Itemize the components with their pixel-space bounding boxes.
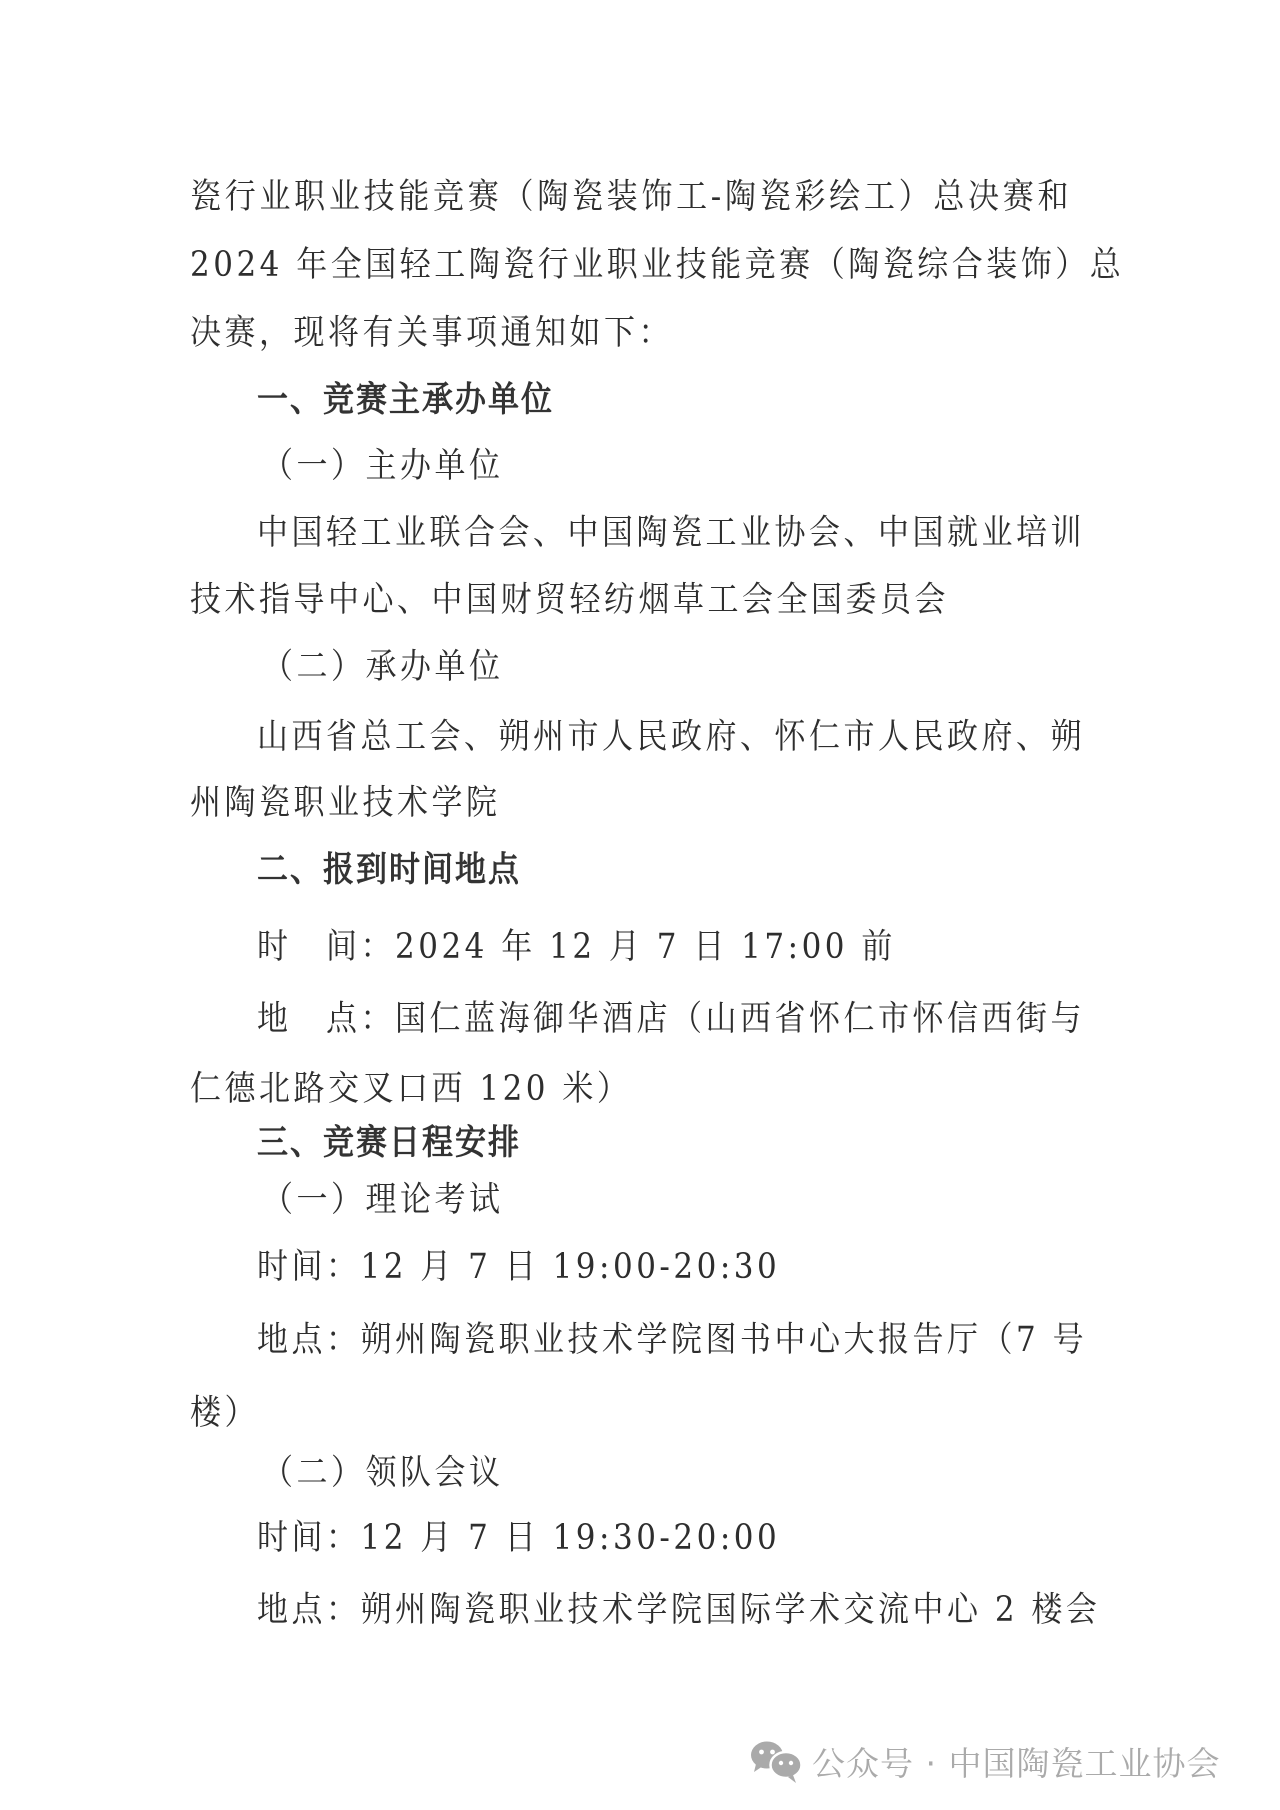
wechat-icon bbox=[748, 1738, 804, 1784]
theory-exam-time: 时间：12 月 7 日 19:00-20:30 bbox=[257, 1242, 780, 1291]
organizers-line-1: 山西省总工会、朔州市人民政府、怀仁市人民政府、朔 bbox=[257, 712, 1072, 761]
subheading-leader-meeting: （二）领队会议 bbox=[262, 1448, 504, 1497]
registration-time: 时 间：2024 年 12 月 7 日 17:00 前 bbox=[257, 922, 896, 971]
subheading-theory-exam: （一）理论考试 bbox=[262, 1175, 504, 1224]
subheading-organizers: （二）承办单位 bbox=[262, 642, 504, 691]
registration-place-line-1: 地 点：国仁蓝海御华酒店（山西省怀仁市怀信西街与 bbox=[257, 994, 1072, 1043]
section-heading-registration: 二、报到时间地点 bbox=[257, 845, 521, 894]
theory-exam-place-line-1: 地点：朔州陶瓷职业技术学院图书中心大报告厅（7 号 bbox=[257, 1315, 1072, 1364]
subheading-hosts: （一）主办单位 bbox=[262, 441, 504, 490]
leader-meeting-place: 地点：朔州陶瓷职业技术学院国际学术交流中心 2 楼会 bbox=[257, 1585, 1072, 1634]
intro-line-1: 瓷行业职业技能竞赛（陶瓷装饰工-陶瓷彩绘工）总决赛和 bbox=[190, 172, 1072, 221]
section-heading-schedule: 三、竞赛日程安排 bbox=[257, 1118, 521, 1167]
watermark-text: 公众号 · 中国陶瓷工业协会 bbox=[812, 1738, 1220, 1785]
theory-exam-place-line-2: 楼） bbox=[190, 1388, 259, 1437]
section-heading-organizers: 一、竞赛主承办单位 bbox=[257, 375, 554, 424]
hosts-line-1: 中国轻工业联合会、中国陶瓷工业协会、中国就业培训 bbox=[257, 508, 1072, 557]
leader-meeting-time: 时间：12 月 7 日 19:30-20:00 bbox=[257, 1513, 780, 1562]
organizers-line-2: 州陶瓷职业技术学院 bbox=[190, 778, 501, 827]
document-page: 瓷行业职业技能竞赛（陶瓷装饰工-陶瓷彩绘工）总决赛和 2024 年全国轻工陶瓷行… bbox=[0, 0, 1280, 1810]
wechat-watermark: 公众号 · 中国陶瓷工业协会 bbox=[748, 1738, 1220, 1784]
intro-line-2: 2024 年全国轻工陶瓷行业职业技能竞赛（陶瓷综合装饰）总 bbox=[190, 240, 1072, 289]
hosts-line-2: 技术指导中心、中国财贸轻纺烟草工会全国委员会 bbox=[190, 575, 949, 624]
intro-line-3: 决赛，现将有关事项通知如下： bbox=[190, 308, 673, 357]
registration-place-line-2: 仁德北路交叉口西 120 米） bbox=[190, 1064, 631, 1113]
